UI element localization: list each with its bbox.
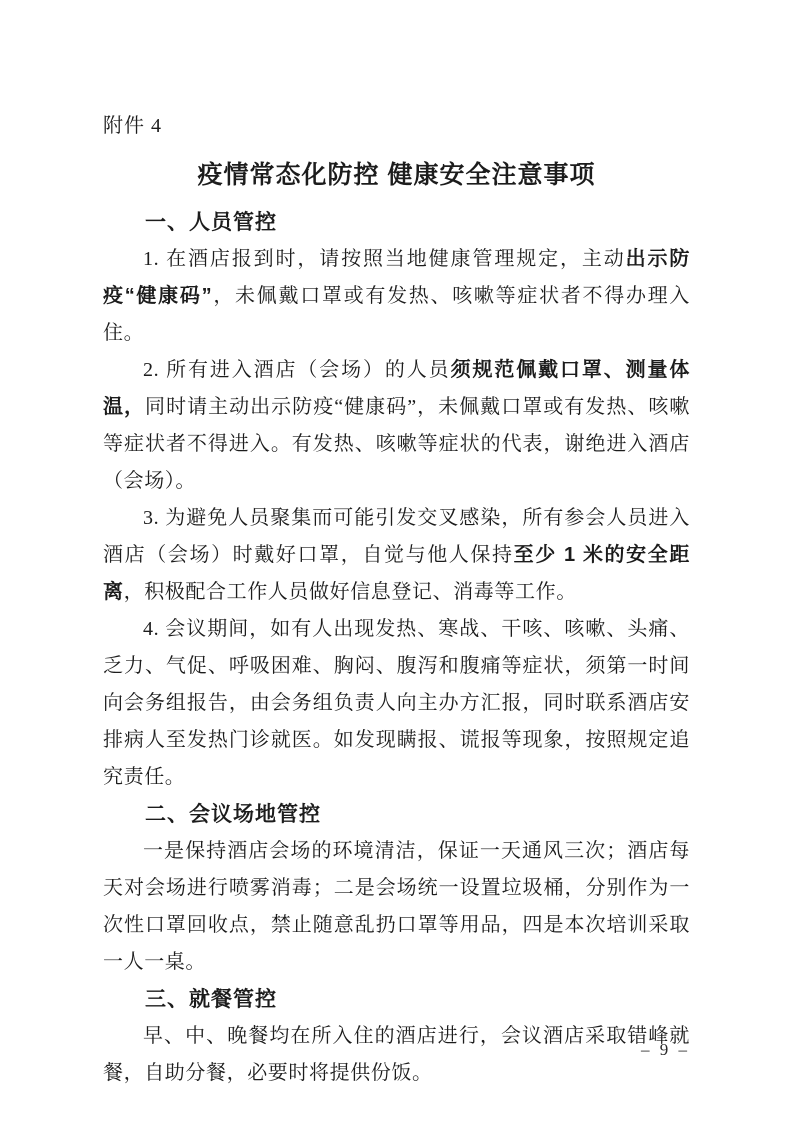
text-run: 4. 会议期间，如有人出现发热、寒战、干咳、咳嗽、头痛、乏力、气促、呼吸困难、胸… — [103, 618, 690, 788]
text-run: 1. 在酒店报到时，请按照当地健康管理规定，主动 — [143, 248, 626, 270]
paragraph-4: 4. 会议期间，如有人出现发热、寒战、干咳、咳嗽、头痛、乏力、气促、呼吸困难、胸… — [103, 611, 690, 796]
paragraph-3: 3. 为避免人员聚集而可能引发交叉感染，所有参会人员进入酒店（会场）时戴好口罩，… — [103, 500, 690, 611]
section-heading-dining-control: 三、就餐管控 — [103, 981, 690, 1018]
section-heading-personnel-control: 一、人员管控 — [103, 204, 690, 241]
paragraph-2: 2. 所有进入酒店（会场）的人员须规范佩戴口罩、测量体温，同时请主动出示防疫“健… — [103, 352, 690, 500]
text-run: 早、中、晚餐均在所入住的酒店进行，会议酒店采取错峰就餐，自助分餐，必要时将提供份… — [103, 1025, 690, 1084]
paragraph-6: 早、中、晚餐均在所入住的酒店进行，会议酒店采取错峰就餐，自助分餐，必要时将提供份… — [103, 1018, 690, 1092]
document-page: 附件 4 疫情常态化防控 健康安全注意事项 一、人员管控 1. 在酒店报到时，请… — [0, 0, 793, 1122]
document-title: 疫情常态化防控 健康安全注意事项 — [103, 154, 690, 196]
text-run: 一是保持酒店会场的环境清洁，保证一天通风三次；酒店每天对会场进行喷雾消毒；二是会… — [103, 840, 690, 973]
paragraph-1: 1. 在酒店报到时，请按照当地健康管理规定，主动出示防疫“健康码”，未佩戴口罩或… — [103, 241, 690, 352]
text-run: 2. 所有进入酒店（会场）的人员 — [143, 359, 451, 381]
text-run: 同时请主动出示防疫“健康码”，未佩戴口罩或有发热、咳嗽等症状者不得进入。有发热、… — [103, 396, 690, 492]
paragraph-5: 一是保持酒店会场的环境清洁，保证一天通风三次；酒店每天对会场进行喷雾消毒；二是会… — [103, 833, 690, 981]
text-run: ，积极配合工作人员做好信息登记、消毒等工作。 — [124, 581, 577, 603]
page-number: – 9 – — [641, 1040, 690, 1060]
section-heading-venue-control: 二、会议场地管控 — [103, 796, 690, 833]
attachment-label: 附件 4 — [103, 112, 690, 140]
